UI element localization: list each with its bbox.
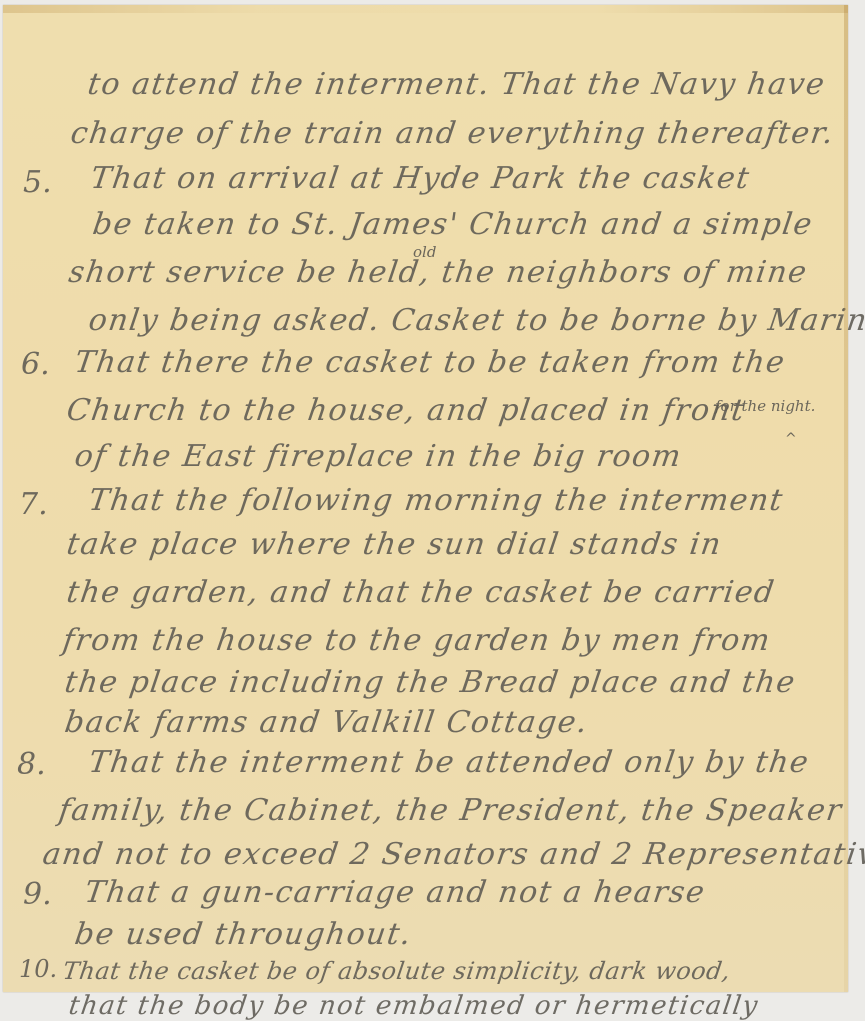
text-line-9: of the East fireplace in the big room <box>73 439 685 474</box>
text-line-19: That a gun-carriage and not a hearse <box>83 875 708 910</box>
text-line-1: to attend the interment. That the Navy h… <box>86 67 828 102</box>
text-line-4: be taken to St. James' Church and a simp… <box>91 207 816 242</box>
handwritten-page: to attend the interment. That the Navy h… <box>3 5 848 992</box>
text-line-13: from the house to the garden by men from <box>61 623 774 658</box>
text-line-8: Church to the house, and placed in front <box>65 393 748 428</box>
text-line-17: family, the Cabinet, the President, the … <box>57 793 845 828</box>
insertion-caret: ^ <box>785 431 797 447</box>
text-line-7: That there the casket to be taken from t… <box>73 345 788 380</box>
text-line-5: short service be held, the neighbors of … <box>67 255 810 290</box>
text-line-14: the place including the Bread place and … <box>63 665 799 700</box>
text-line-12: the garden, and that the casket be carri… <box>65 575 778 610</box>
text-line-16: That the interment be attended only by t… <box>87 745 812 780</box>
text-line-6: only being asked. Casket to be borne by … <box>87 303 865 338</box>
text-line-18: and not to exceed 2 Senators and 2 Repre… <box>41 837 865 872</box>
text-line-2: charge of the train and everything there… <box>69 116 837 151</box>
item-number-9: 9. <box>23 877 52 912</box>
text-line-3: That on arrival at Hyde Park the casket <box>89 161 753 196</box>
text-line-10: That the following morning the interment <box>87 483 786 518</box>
item-number-7: 7. <box>19 487 48 522</box>
text-line-21: That the casket be of absolute simplicit… <box>61 957 732 985</box>
text-line-15: back farms and Valkill Cottage. <box>63 705 591 740</box>
text-line-11: take place where the sun dial stands in <box>65 527 725 562</box>
item-number-5: 5. <box>23 165 52 200</box>
text-line-22: that the body be not embalmed or hermeti… <box>67 991 761 1000</box>
item-number-6: 6. <box>21 347 50 382</box>
insertion-for-the-night: for the night. <box>715 397 815 415</box>
item-number-8: 8. <box>17 747 46 782</box>
text-line-20: be used throughout. <box>73 917 415 952</box>
item-number-10: 10. <box>19 955 57 983</box>
